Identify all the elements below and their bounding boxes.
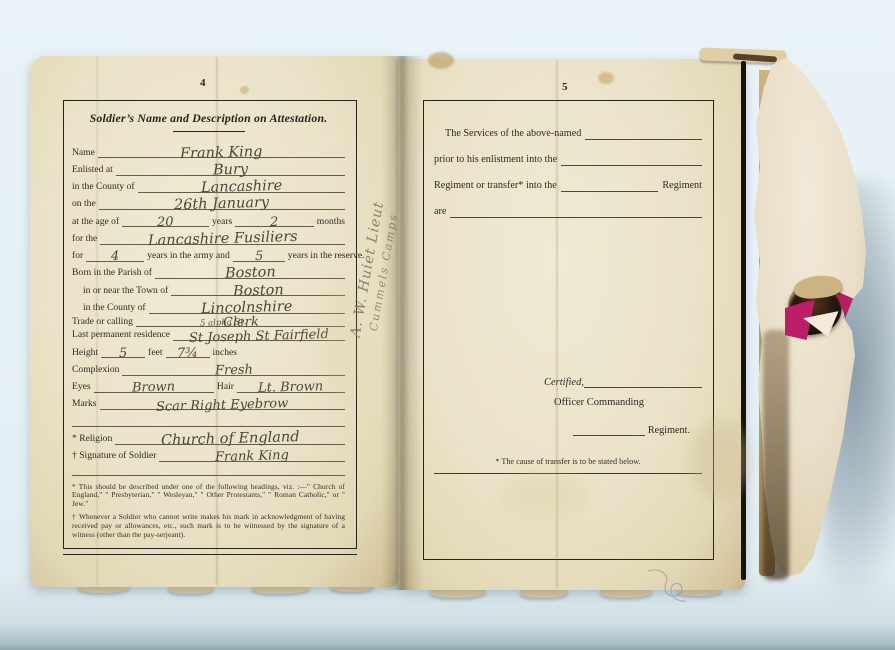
service-line-1: The Services of the above-named: [434, 114, 702, 140]
certified-row: Certified,: [434, 376, 702, 388]
field-regiment: for the Lancashire Fusiliers: [72, 227, 345, 244]
field-enlisted-at: Enlisted at Bury: [72, 158, 345, 175]
officer-commanding-label: Officer Commanding: [524, 397, 674, 408]
footnote-witness: † Whenever a Soldier who cannot write ma…: [72, 513, 345, 540]
right-page: 5 The Services of the above-named prior …: [398, 59, 745, 590]
attestation-form-box: Soldier’s Name and Description on Attest…: [63, 100, 357, 549]
field-religion: * Religion Church of England: [72, 427, 345, 444]
regiment-label: Regiment.: [648, 425, 690, 436]
pencil-note-above: 5 alpha St.: [200, 318, 247, 328]
regiment-row: Regiment.: [434, 425, 702, 436]
pencil-squiggle: [640, 565, 720, 607]
footnotes: * This should be described under one of …: [72, 483, 345, 544]
form-title: Soldier’s Name and Description on Attest…: [72, 111, 345, 126]
fold-crease: [96, 57, 98, 586]
field-height: Height 5 feet 7¾ inches: [72, 341, 345, 358]
title-rule: [173, 131, 245, 132]
fold-crease: [556, 60, 558, 588]
blank-line: [72, 410, 345, 427]
left-page-number: 4: [200, 77, 206, 89]
scanned-document: 4 Soldier’s Name and Description on Atte…: [0, 0, 895, 650]
field-birth-parish: Born in the Parish of Boston: [72, 262, 345, 279]
bottom-rule: [434, 473, 702, 474]
left-page: 4 Soldier’s Name and Description on Atte…: [30, 56, 398, 587]
field-eyes-hair: Eyes Brown Hair Lt. Brown: [72, 376, 345, 393]
field-age: at the age of 20 years 2 months: [72, 210, 345, 227]
regiment-line: [573, 426, 645, 436]
right-page-number: 5: [562, 81, 568, 93]
field-marks: Marks Scar Right Eyebrow: [72, 393, 345, 410]
footnote-religion: * This should be described under one of …: [72, 483, 345, 510]
fold-crease: [216, 57, 218, 585]
field-residence: 5 alpha St. Last permanent residence St …: [72, 327, 345, 341]
service-line-3: Regiment or transfer* into the Regiment: [434, 166, 702, 192]
transfer-note: * The cause of transfer is to be stated …: [434, 457, 702, 466]
service-line-2: prior to his enlistment into the: [434, 140, 702, 166]
field-terms: for 4 years in the army and 5 years in t…: [72, 245, 345, 262]
blank-line: [72, 462, 345, 476]
field-birth-town: in or near the Town of Boston: [72, 279, 345, 296]
services-form-box: The Services of the above-named prior to…: [423, 100, 714, 560]
certified-label: Certified,: [544, 377, 584, 388]
field-name: Name Frank King: [72, 141, 345, 158]
field-date: on the 26th January: [72, 193, 345, 210]
field-complexion: Complexion Fresh: [72, 358, 345, 375]
certified-line: [584, 376, 702, 388]
service-line-4: are: [434, 192, 702, 218]
field-signature: † Signature of Soldier Frank King: [72, 445, 345, 462]
field-birth-county: in the County of Lincolnshire: [72, 296, 345, 313]
cover-stain-streak: [763, 330, 789, 580]
field-county-enlisted: in the County of Lancashire: [72, 176, 345, 193]
